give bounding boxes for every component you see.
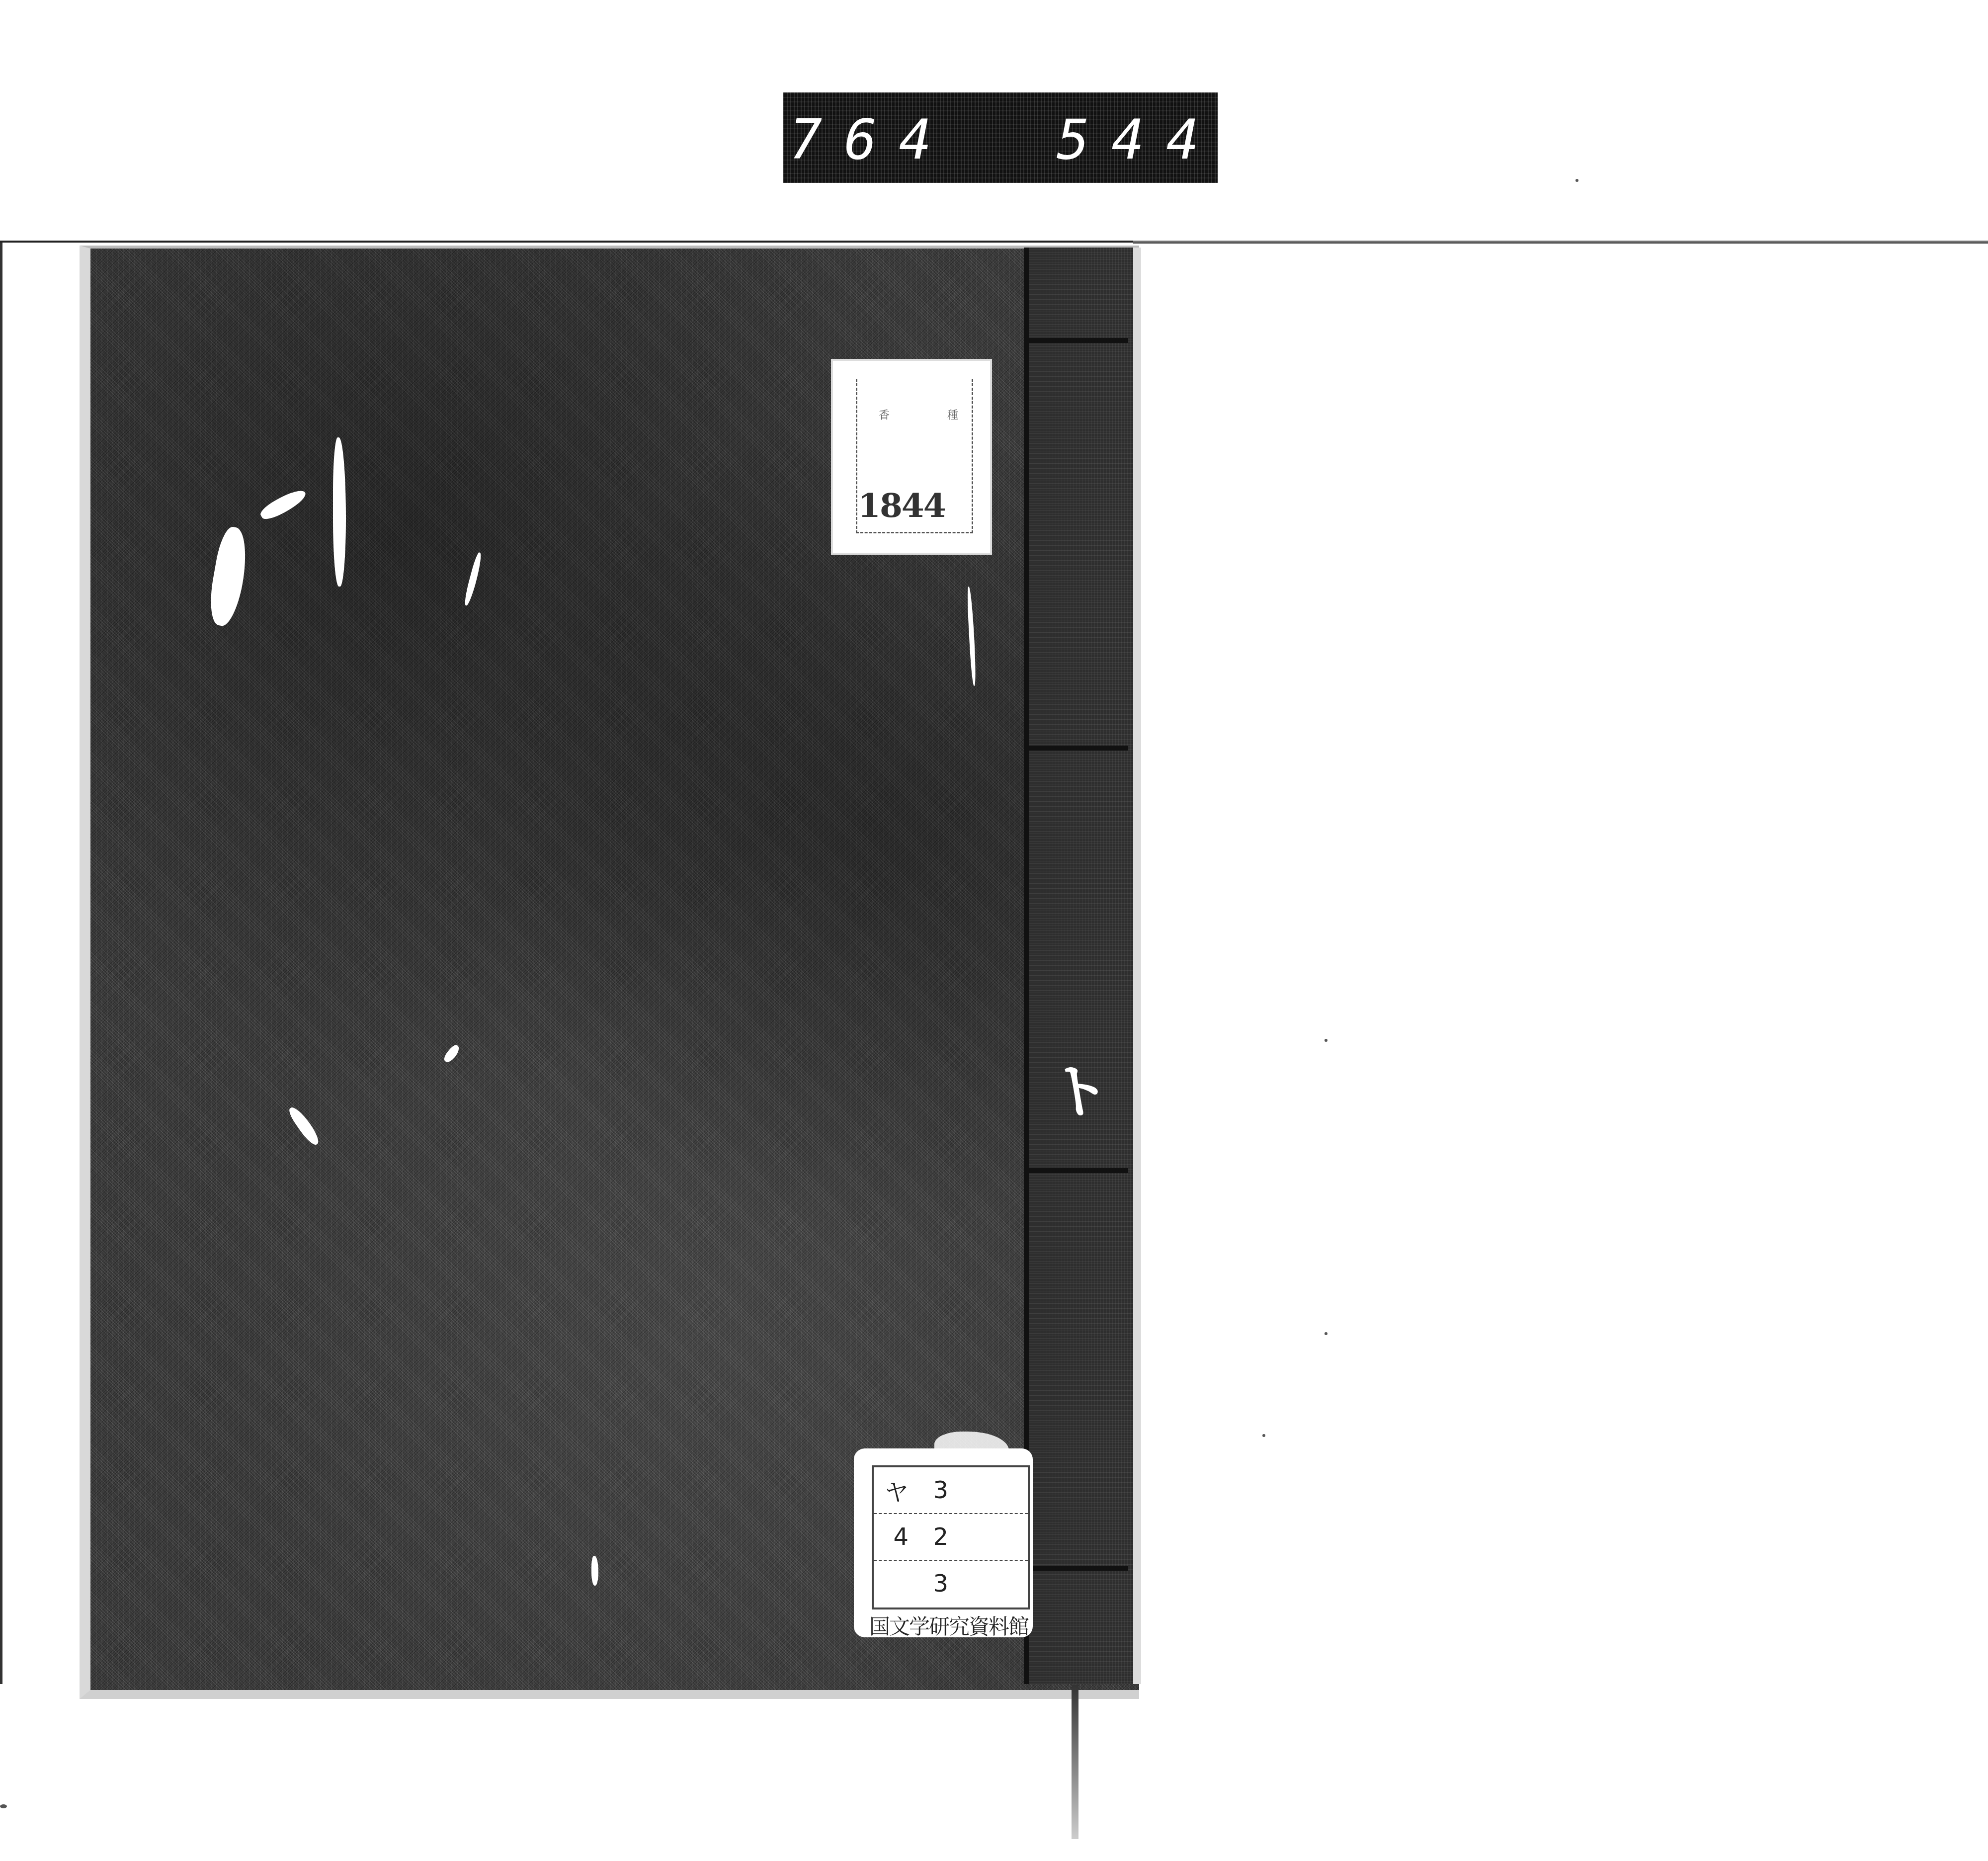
binding-thread: [1072, 1685, 1078, 1839]
frame-counter-left: 764: [789, 107, 954, 172]
title-slip-char: 種: [947, 407, 958, 422]
binding-stitch: [1024, 338, 1128, 343]
scan-speck: [1575, 179, 1578, 182]
call-number-cell: 4: [874, 1523, 909, 1551]
scan-left-edge: [0, 243, 2, 1684]
scan-top-rule-right: [1133, 241, 1988, 244]
call-number-cell: 3: [909, 1476, 948, 1504]
binding-stitch: [1024, 1168, 1128, 1173]
scan-speck: [1325, 1039, 1327, 1042]
call-number-box: ヤ 3 4 2 3: [872, 1465, 1030, 1609]
binding-stitch: [1024, 1566, 1128, 1571]
book-spine-binding: [1024, 248, 1141, 1684]
call-number-row: 4 2: [874, 1514, 1028, 1561]
binding-stitch: [1024, 746, 1128, 751]
institution-name: 国文学研究資料館: [867, 1610, 1031, 1640]
call-number-row: ヤ 3: [874, 1467, 1028, 1514]
title-slip-header: 香 種: [879, 407, 958, 422]
title-slip-char: 香: [879, 407, 890, 422]
call-number-cell: 2: [909, 1523, 948, 1551]
call-number-cell: 3: [909, 1570, 948, 1598]
scan-speck: [1325, 1332, 1327, 1335]
frame-counter-right: 544.: [1057, 107, 1276, 172]
scan-speck: [1262, 1434, 1265, 1437]
call-number-label: ヤ 3 4 2 3 国文学研究資料館: [854, 1448, 1033, 1637]
title-slip: 香 種 1844: [831, 359, 992, 555]
title-slip-number: 1844: [858, 486, 945, 525]
call-number-cell: ヤ: [874, 1473, 909, 1508]
call-number-row: 3: [874, 1561, 1028, 1607]
scan-speck: [0, 1804, 7, 1808]
frame-counter-strip: 764 544.: [783, 92, 1218, 183]
